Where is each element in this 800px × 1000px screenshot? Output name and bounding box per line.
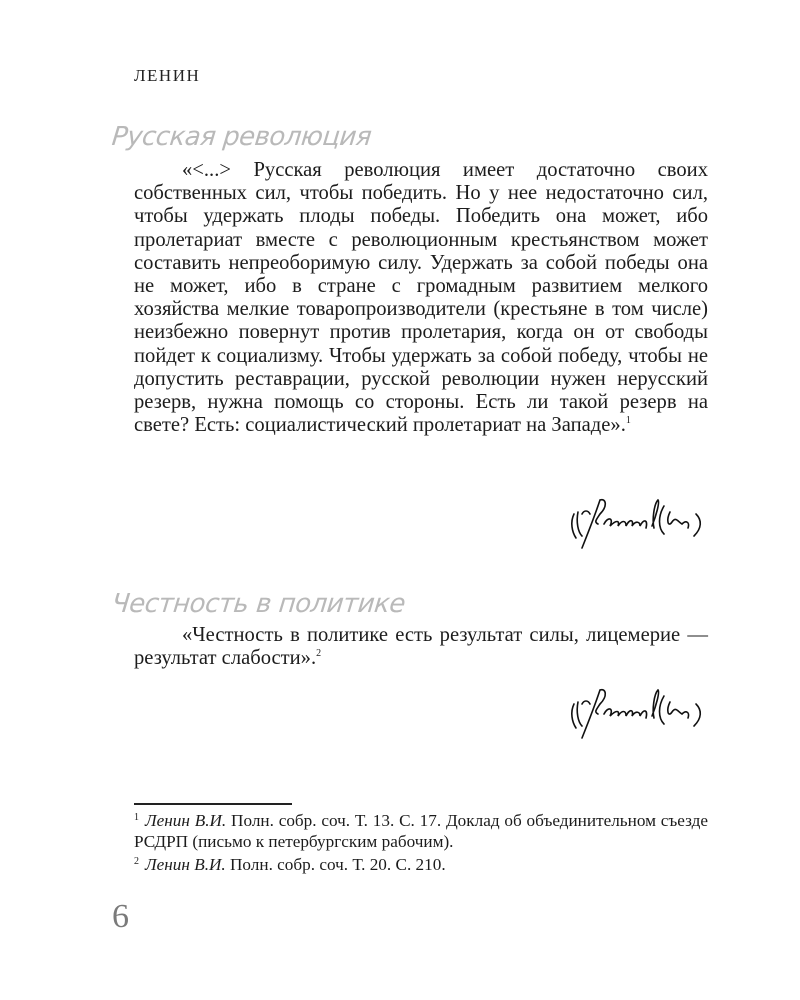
footnote-divider bbox=[134, 803, 292, 805]
footnote-number: 2 bbox=[134, 856, 139, 867]
footnote-author: Ленин В.И. bbox=[145, 855, 226, 874]
page-number: 6 bbox=[112, 898, 129, 936]
quote-text: «<...> Русская революция имеет достаточн… bbox=[134, 159, 708, 436]
quote-honesty-in-politics: «Честность в политике есть результат сил… bbox=[134, 624, 708, 670]
signature-icon bbox=[560, 492, 710, 554]
footnote-ref: 2 bbox=[316, 648, 321, 659]
signature-icon bbox=[560, 682, 710, 744]
footnote-number: 1 bbox=[134, 812, 139, 823]
footnote-2: 2Ленин В.И. Полн. собр. соч. Т. 20. С. 2… bbox=[134, 852, 708, 876]
quote-text: «Честность в политике есть результат сил… bbox=[134, 624, 708, 669]
footnote-ref: 1 bbox=[626, 415, 631, 426]
footnote-author: Ленин В.И. bbox=[145, 811, 226, 830]
section-title-honesty-in-politics: Честность в политике bbox=[110, 589, 406, 619]
footnotes: 1Ленин В.И. Полн. собр. соч. Т. 13. С. 1… bbox=[134, 808, 708, 876]
footnote-text: Полн. собр. соч. Т. 20. С. 210. bbox=[226, 855, 446, 874]
running-head: ЛЕНИН bbox=[134, 66, 200, 86]
quote-russian-revolution: «<...> Русская революция имеет достаточн… bbox=[134, 159, 708, 437]
section-title-russian-revolution: Русская революция bbox=[110, 122, 372, 152]
footnote-1: 1Ленин В.И. Полн. собр. соч. Т. 13. С. 1… bbox=[134, 808, 708, 852]
